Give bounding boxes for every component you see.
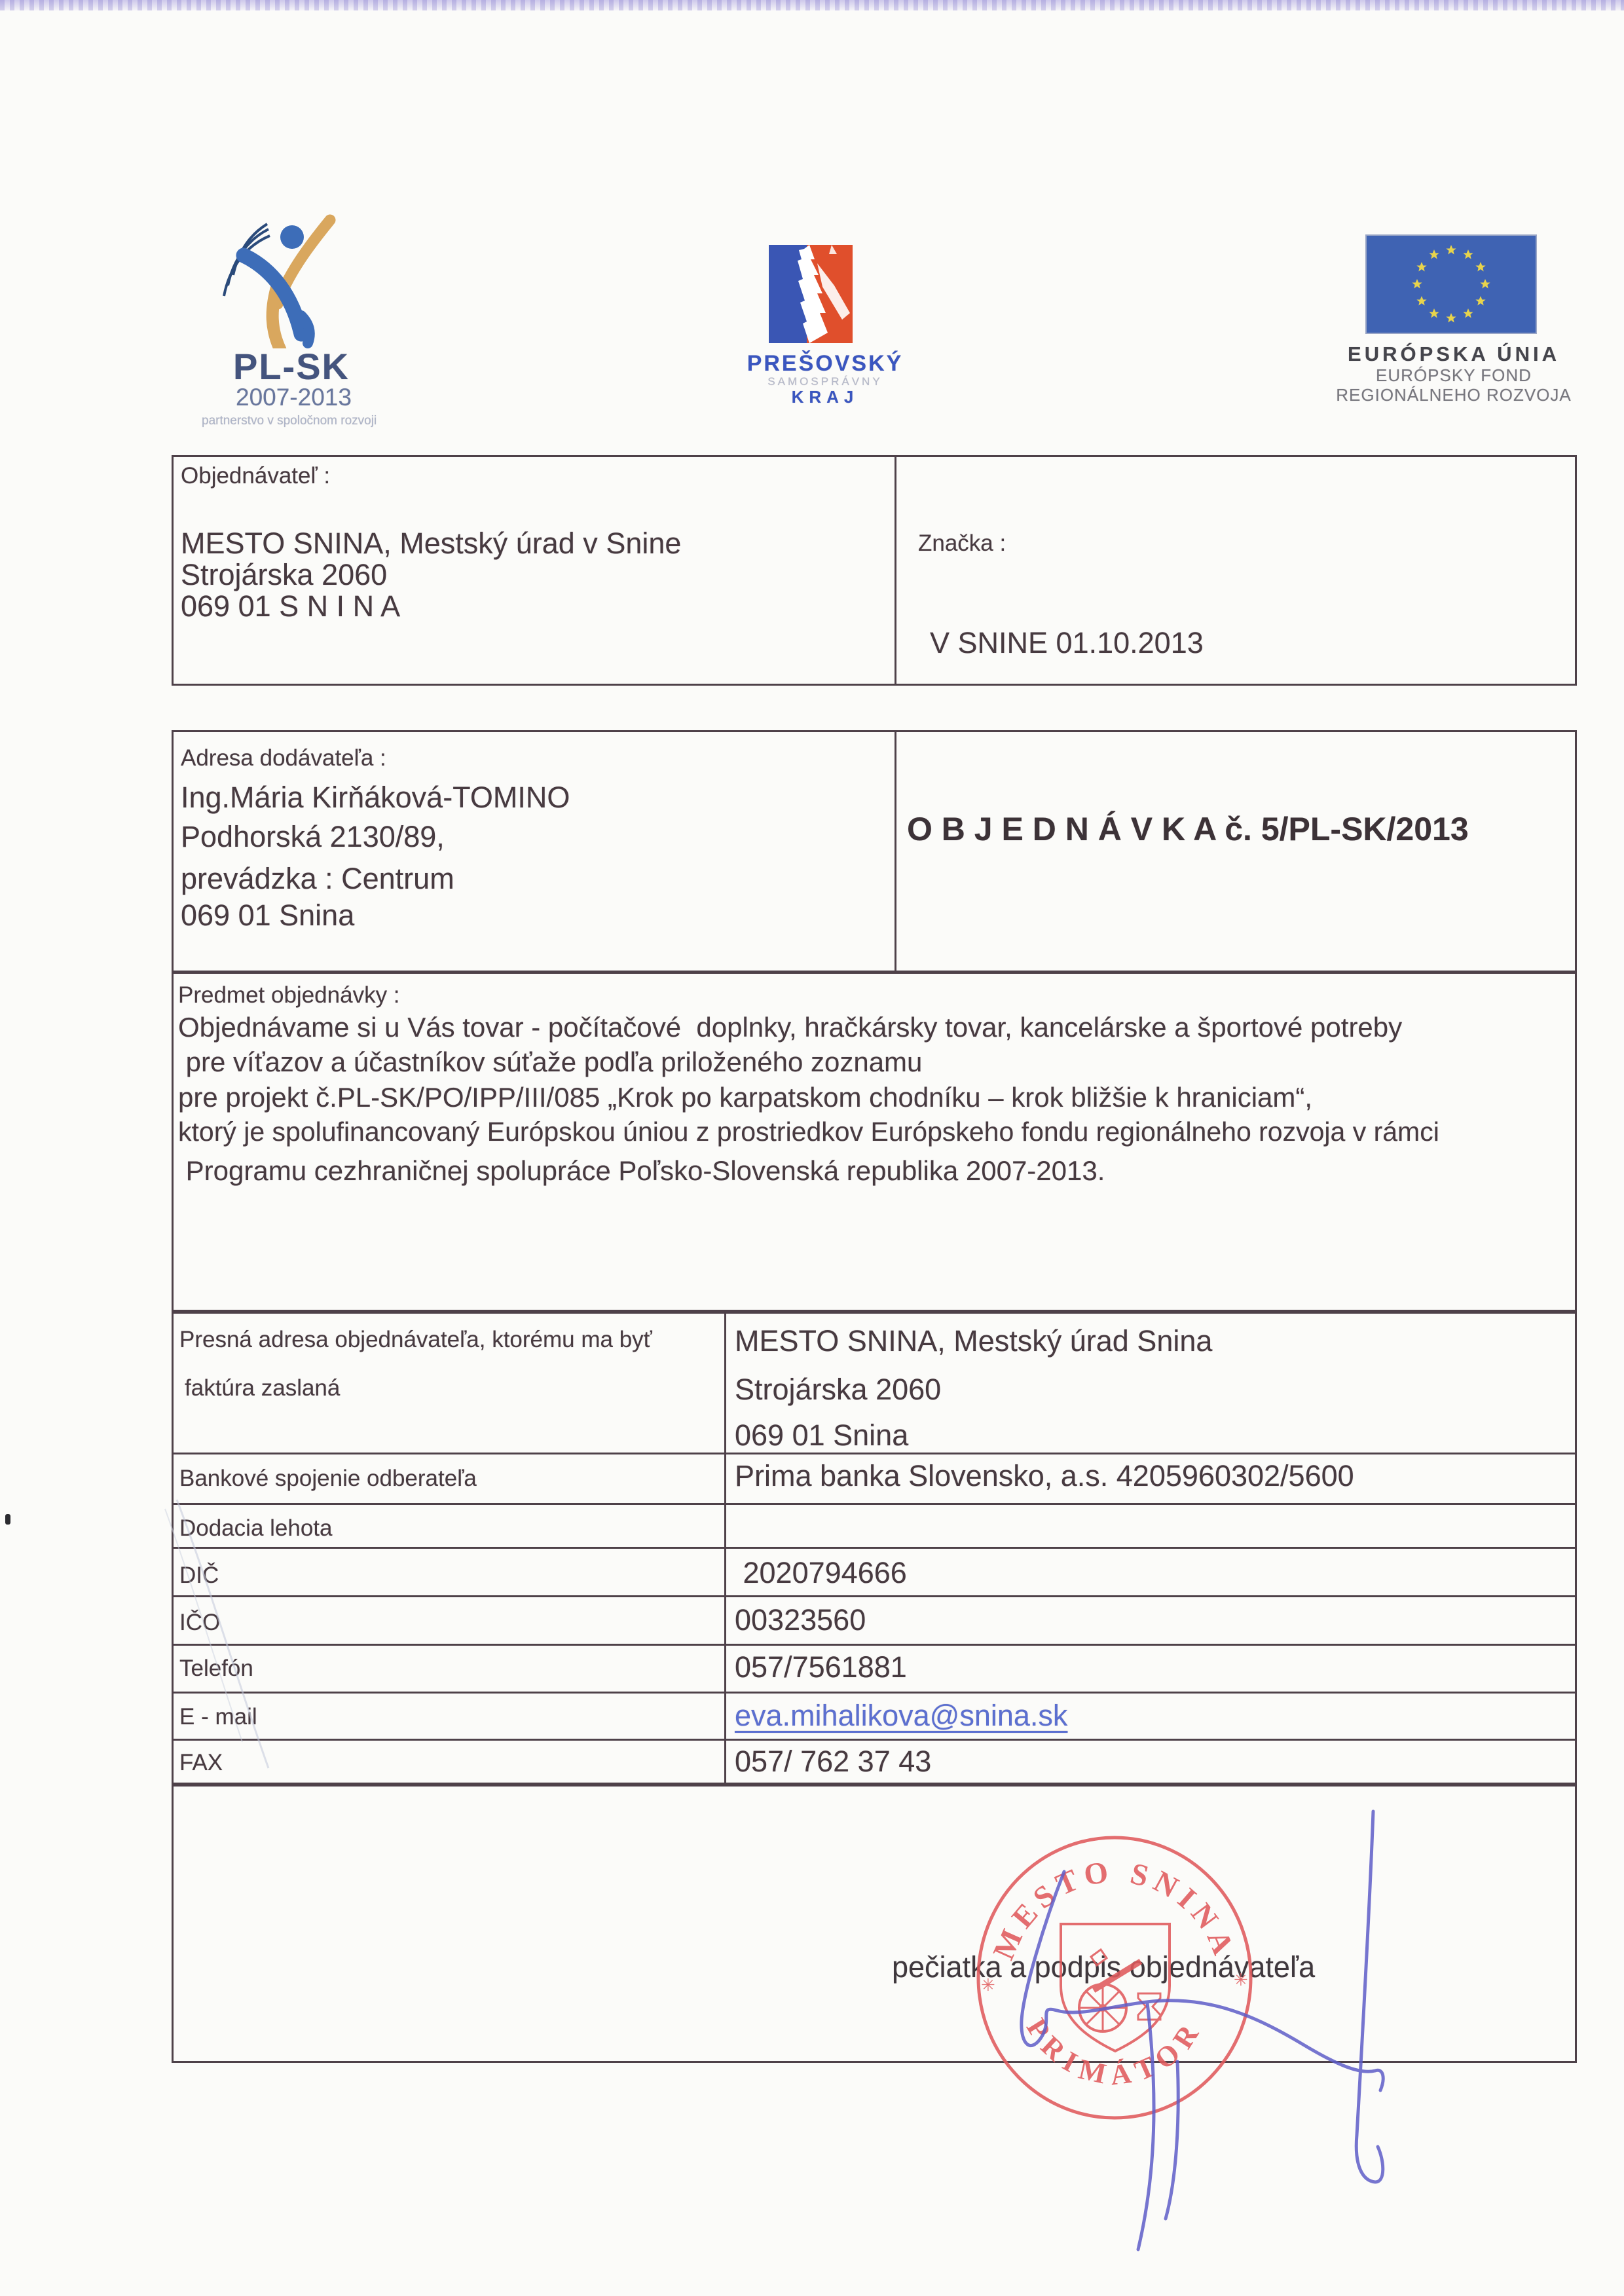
invoice-address-value2: Strojárska 2060 — [735, 1373, 941, 1407]
plsk-logo-title: PL-SK — [233, 346, 350, 388]
fax-value: 057/ 762 37 43 — [735, 1745, 931, 1779]
dic-value: 2020794666 — [735, 1556, 907, 1590]
invoice-address-label2: faktúra zaslaná — [185, 1375, 340, 1401]
subject-line5: Programu cezhraničnej spolupráce Poľsko-… — [178, 1155, 1105, 1187]
email-link[interactable]: eva.mihalikova@snina.sk — [735, 1699, 1067, 1733]
order-number: O B J E D N Á V K A č. 5/PL-SK/2013 — [907, 811, 1469, 849]
signature-ink — [917, 1794, 1454, 2292]
eu-flag-icon — [1365, 234, 1537, 334]
presov-logo-line1: PREŠOVSKÝ — [747, 351, 904, 377]
scan-speck — [5, 1514, 10, 1525]
presov-logo-line2: SAMOSPRÁVNY — [747, 375, 904, 388]
plsk-figure-icon — [215, 211, 372, 348]
row-divider — [174, 1453, 1575, 1454]
orderer-name: MESTO SNINA, Mestský úrad v Snine — [181, 527, 681, 561]
subject-line4: ktorý je spolufinancovaný Európskou únio… — [178, 1117, 1439, 1147]
plsk-logo-years: 2007-2013 — [236, 384, 352, 412]
presov-emblem-icon — [769, 245, 853, 343]
scan-crease-marks — [157, 1480, 419, 1807]
eu-logo-line1: EURÓPSKA ÚNIA — [1336, 343, 1572, 366]
supplier-city: 069 01 Snina — [181, 898, 354, 933]
scanned-order-document: PL-SK 2007-2013 partnerstvo v spoločnom … — [0, 0, 1624, 2296]
orderer-table-divider — [895, 457, 896, 684]
supplier-table-divider — [895, 732, 896, 971]
supplier-street: Podhorská 2130/89, — [181, 820, 445, 854]
subject-line2: pre víťazov a účastníkov súťaže podľa pr… — [178, 1046, 922, 1078]
subject-line1: Objednávame si u Vás tovar - počítačové … — [178, 1012, 1402, 1043]
invoice-address-value3: 069 01 Snina — [735, 1418, 908, 1453]
subject-label: Predmet objednávky : — [178, 982, 400, 1009]
supplier-name: Ing.Mária Kirňáková-TOMINO — [181, 781, 570, 815]
mark-label: Značka : — [918, 530, 1006, 557]
scan-artifact-top-band — [0, 0, 1624, 10]
plsk-logo-tagline: partnerstvo v spoločnom rozvoji — [202, 414, 377, 428]
presov-logo: PREŠOVSKÝ SAMOSPRÁVNY KRAJ — [747, 242, 904, 406]
invoice-address-label: Presná adresa objednávateľa, ktorému ma … — [179, 1327, 652, 1353]
eu-logo-line2: EURÓPSKY FOND — [1336, 366, 1572, 386]
ico-value: 00323560 — [735, 1603, 866, 1637]
bank-value: Prima banka Slovensko, a.s. 4205960302/5… — [735, 1459, 1354, 1493]
invoice-address-value1: MESTO SNINA, Mestský úrad Snina — [735, 1324, 1212, 1358]
supplier-branch: prevádzka : Centrum — [181, 862, 454, 896]
orderer-city: 069 01 S N I N A — [181, 589, 400, 623]
orderer-street: Strojárska 2060 — [181, 558, 387, 592]
subject-line3: pre projekt č.PL-SK/PO/IPP/III/085 „Krok… — [178, 1082, 1312, 1113]
phone-value: 057/7561881 — [735, 1650, 907, 1684]
presov-logo-line3: KRAJ — [747, 388, 904, 407]
eu-logo: EURÓPSKA ÚNIA EURÓPSKY FOND REGIONÁLNEHO… — [1336, 232, 1572, 403]
plsk-logo: PL-SK 2007-2013 partnerstvo v spoločnom … — [196, 210, 413, 432]
eu-logo-line3: REGIONÁLNEHO ROZVOJA — [1336, 386, 1572, 405]
orderer-label: Objednávateľ : — [181, 463, 330, 489]
order-date: V SNINE 01.10.2013 — [930, 626, 1204, 660]
supplier-label: Adresa dodávateľa : — [181, 745, 386, 771]
